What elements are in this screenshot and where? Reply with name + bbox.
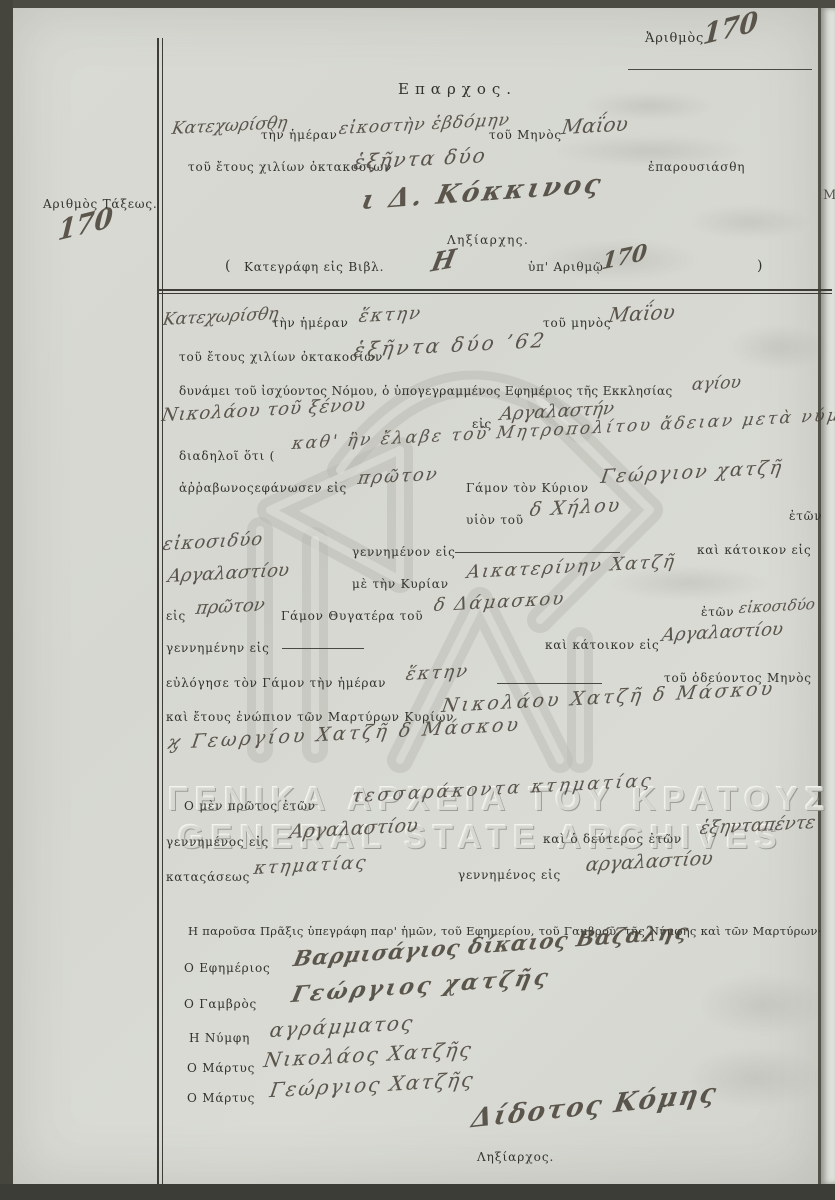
act-law-clause: δυνάμει τοῦ ἰσχύοντος Νόμου, ὁ ὑπογεγραμ… <box>179 384 673 398</box>
registry-number-label: ὑπ' Αριθμῷ <box>528 260 604 274</box>
act-betrothal-label: ἀῤῥαβωνοςεφάνωσεν εἰς <box>179 481 347 495</box>
blank-line <box>282 648 364 649</box>
groom-label: Ο Γαμβρὸς <box>184 997 257 1011</box>
act-month-value: Μαΐου <box>607 299 677 327</box>
section-divider-top <box>159 289 832 291</box>
registry-paren-close: ) <box>757 258 763 274</box>
priest-label: Ο Εφημέριος <box>184 961 271 975</box>
registry-book-label: Κατεγράφη εἰς Βιβλ. <box>244 260 384 274</box>
act-declares-label: διαδηλοῖ ὅτι ( <box>179 449 275 463</box>
arithmos-label: Ἀριθμὸς <box>645 31 704 46</box>
eparchos-title: Επαρχος. <box>398 80 517 98</box>
registrar-title: Ληξίαρχος. <box>477 1150 554 1164</box>
act-marriage-order: πρῶτον <box>356 464 440 489</box>
act-second-witness-age-label: καὶ ὁ δεύτερος ἐτῶν <box>543 832 682 846</box>
blank-line <box>497 683 602 684</box>
act-into-label: εἰς <box>166 609 186 623</box>
ep-presented-label: ἐπαρουσιάσθη <box>648 160 745 174</box>
act-church-name-1: αγίου <box>690 372 742 395</box>
witness2-label: Ο Μάρτυς <box>187 1091 255 1105</box>
act-age-label-1: ἐτῶν <box>789 509 822 523</box>
scan-border-top <box>0 0 835 8</box>
ep-day-label: τὴν ἡμέραν <box>261 128 338 142</box>
edge-letter-fragment: Μ <box>823 188 835 203</box>
act-daughter-of-label: Γάμον Θυγατέρα τοῦ <box>281 609 423 623</box>
act-groom-label: Γάμον τὸν Κύριον <box>466 481 589 495</box>
act-status-label: καταςάσεως <box>166 870 250 884</box>
act-born-at-label-1: γεννημένον εἰς <box>352 545 456 559</box>
scan-border-bottom <box>0 1184 835 1200</box>
registry-paren-open: ( <box>225 258 231 274</box>
act-bride-marriage-order: πρῶτον <box>194 594 266 619</box>
act-age-label-2: ἐτῶν <box>701 605 734 619</box>
act-day-label: τὴν ἡμέραν <box>272 316 349 330</box>
scanned-document: ΓΕΝΙΚΑ ΑΡΧΕΙΑ ΤΟΥ ΚΡΑΤΟΥΣ GENERAL STATE … <box>0 0 835 1200</box>
act-born-at-label-2: γεννημένην εἰς <box>166 641 270 655</box>
blank-line <box>455 552 620 553</box>
header-underline <box>628 69 812 70</box>
bleedthrough-smudge <box>728 325 828 370</box>
act-resident-label-1: καὶ κάτοικον εἰς <box>697 543 812 557</box>
bleedthrough-smudge <box>700 975 825 1035</box>
act-bride-intro-label: μὲ τὴν Κυρίαν <box>352 577 449 591</box>
act-first-witness-age-label: Ο μὲν πρῶτος ἐτῶν <box>184 799 316 813</box>
ep-month-value: Μαΐου <box>560 111 630 139</box>
ep-month-label: τοῦ Μηνὸς <box>489 128 562 142</box>
section-divider-bottom <box>159 293 832 294</box>
act-day-value: ἕκτην <box>357 303 423 328</box>
act-month-label: τοῦ μηνὸς <box>543 316 611 330</box>
bride-label: Η Νύμφη <box>189 1031 250 1045</box>
act-blessed-day: ἕκτην <box>404 661 470 686</box>
margin-rule-inner <box>162 38 163 1184</box>
bleedthrough-smudge <box>690 205 810 239</box>
act-son-of-label: υἱὸν τοῦ <box>466 513 524 527</box>
act-second-witness-born-label: γεννημένος εἰς <box>458 868 561 882</box>
witness1-label: Ο Μάρτυς <box>187 1061 255 1075</box>
act-resident-label-2: καὶ κάτοικον εἰς <box>545 638 660 652</box>
scan-border-left <box>0 0 13 1200</box>
act-first-witness-born-label: γεννημένος εἰς <box>166 835 269 849</box>
ep-registrar-title: Ληξίαρχης. <box>447 233 529 247</box>
act-blessed-label: εὐλόγησε τὸν Γάμον τὴν ἡμέραν <box>166 676 386 690</box>
